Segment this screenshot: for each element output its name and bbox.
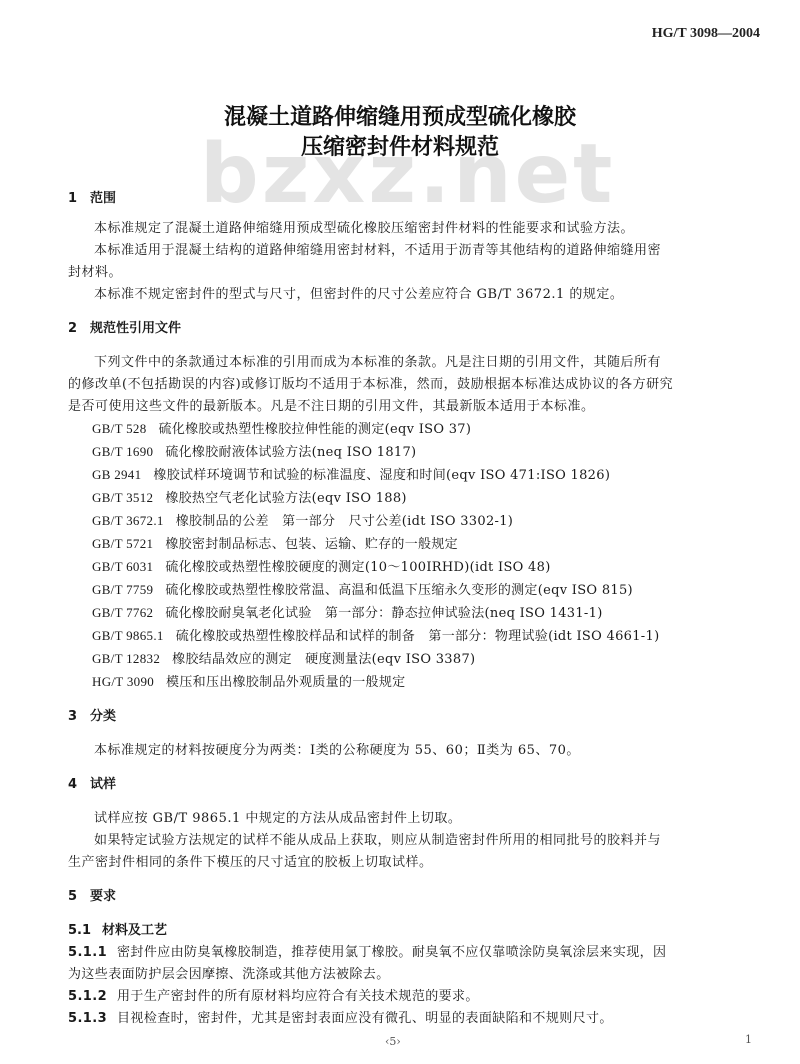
reference-item: GB/T 3672.1橡胶制品的公差 第一部分 尺寸公差(idt ISO 330…: [68, 510, 748, 533]
reference-title: 硫化橡胶或热塑性橡胶样品和试样的制备 第一部分：物理试验(idt ISO 466…: [176, 629, 660, 644]
reference-title: 橡胶结晶效应的测定 硬度测量法(eqv ISO 3387): [172, 652, 475, 667]
reference-item: HG/T 3090模压和压出橡胶制品外观质量的一般规定: [68, 671, 748, 694]
section-heading-specimens: 4试样: [68, 774, 748, 796]
paragraph: 本标准不规定密封件的型式与尺寸，但密封件的尺寸公差应符合 GB/T 3672.1…: [68, 284, 748, 306]
document-title-line1: 混凝土道路伸缩缝用预成型硫化橡胶: [0, 100, 800, 131]
reference-code: GB 2941: [92, 464, 141, 486]
paragraph: 本标准规定了混凝土道路伸缩缝用预成型硫化橡胶压缩密封件材料的性能要求和试验方法。: [68, 218, 748, 240]
paragraph: 本标准适用于混凝土结构的道路伸缩缝用密封材料，不适用于沥青等其他结构的道路伸缩缝…: [68, 240, 748, 262]
reference-code: GB/T 1690: [92, 441, 153, 463]
section-heading-requirements: 5要求: [68, 886, 748, 908]
reference-item: GB/T 1690硫化橡胶耐液体试验方法(neq ISO 1817): [68, 441, 748, 464]
reference-item: GB/T 5721橡胶密封制品标志、包装、运输、贮存的一般规定: [68, 533, 748, 556]
section-heading-normative-references: 2规范性引用文件: [68, 318, 748, 340]
reference-title: 橡胶制品的公差 第一部分 尺寸公差(idt ISO 3302-1): [176, 514, 513, 529]
reference-title: 硫化橡胶或热塑性橡胶拉伸性能的测定(eqv ISO 37): [159, 422, 472, 437]
document-title-line2: 压缩密封件材料规范: [0, 130, 800, 161]
paragraph: 的修改单(不包括勘误的内容)或修订版均不适用于本标准，然而，鼓励根据本标准达成协…: [68, 374, 748, 396]
reference-title: 硫化橡胶或热塑性橡胶硬度的测定(10～100IRHD)(idt ISO 48): [165, 560, 550, 575]
reference-item: GB/T 7762硫化橡胶耐臭氧老化试验 第一部分：静态拉伸试验法(neq IS…: [68, 602, 748, 625]
reference-item: GB/T 3512橡胶热空气老化试验方法(eqv ISO 188): [68, 487, 748, 510]
clause-5-1-3: 5.1.3目视检查时，密封件，尤其是密封表面应没有微孔、明显的表面缺陷和不规则尺…: [68, 1008, 748, 1030]
reference-code: GB/T 528: [92, 418, 147, 440]
page-number: ‹5›: [385, 1035, 401, 1048]
reference-code: GB/T 6031: [92, 556, 153, 578]
clause-5-1-1: 5.1.1密封件应由防臭氧橡胶制造，推荐使用氯丁橡胶。耐臭氧不应仅靠喷涂防臭氧涂…: [68, 942, 748, 964]
reference-item: GB/T 6031硫化橡胶或热塑性橡胶硬度的测定(10～100IRHD)(idt…: [68, 556, 748, 579]
corner-mark: 1: [745, 1033, 752, 1046]
reference-code: HG/T 3090: [92, 671, 154, 693]
reference-code: GB/T 3672.1: [92, 510, 164, 532]
reference-code: GB/T 5721: [92, 533, 153, 555]
paragraph: 本标准规定的材料按硬度分为两类：Ⅰ类的公称硬度为 55、60；Ⅱ类为 65、70…: [68, 740, 748, 762]
reference-item: GB/T 9865.1硫化橡胶或热塑性橡胶样品和试样的制备 第一部分：物理试验(…: [68, 625, 748, 648]
reference-code: GB/T 7759: [92, 579, 153, 601]
clause-5-1-1-continued: 为这些表面防护层会因摩擦、洗涤或其他方法被除去。: [68, 964, 748, 986]
reference-item: GB 2941橡胶试样环境调节和试验的标准温度、湿度和时间(eqv ISO 47…: [68, 464, 748, 487]
reference-code: GB/T 3512: [92, 487, 153, 509]
reference-title: 橡胶密封制品标志、包装、运输、贮存的一般规定: [165, 537, 458, 552]
standard-code: HG/T 3098—2004: [652, 26, 760, 42]
reference-title: 硫化橡胶耐液体试验方法(neq ISO 1817): [165, 445, 416, 460]
reference-title: 橡胶试样环境调节和试验的标准温度、湿度和时间(eqv ISO 471:ISO 1…: [153, 468, 610, 483]
paragraph: 生产密封件相同的条件下模压的尺寸适宜的胶板上切取试样。: [68, 852, 748, 874]
section-heading-classification: 3分类: [68, 706, 748, 728]
reference-list: GB/T 528硫化橡胶或热塑性橡胶拉伸性能的测定(eqv ISO 37)GB/…: [68, 418, 748, 694]
paragraph: 封材料。: [68, 262, 748, 284]
paragraph: 是否可使用这些文件的最新版本。凡是不注日期的引用文件，其最新版本适用于本标准。: [68, 396, 748, 418]
reference-item: GB/T 528硫化橡胶或热塑性橡胶拉伸性能的测定(eqv ISO 37): [68, 418, 748, 441]
section-heading-scope: 1范围: [68, 188, 748, 210]
reference-title: 硫化橡胶耐臭氧老化试验 第一部分：静态拉伸试验法(neq ISO 1431-1): [165, 606, 602, 621]
paragraph: 如果特定试验方法规定的试样不能从成品上获取，则应从制造密封件所用的相同批号的胶料…: [68, 830, 748, 852]
reference-title: 模压和压出橡胶制品外观质量的一般规定: [166, 675, 405, 690]
reference-code: GB/T 7762: [92, 602, 153, 624]
paragraph: 试样应按 GB/T 9865.1 中规定的方法从成品密封件上切取。: [68, 808, 748, 830]
reference-title: 橡胶热空气老化试验方法(eqv ISO 188): [165, 491, 406, 506]
paragraph: 下列文件中的条款通过本标准的引用而成为本标准的条款。凡是注日期的引用文件，其随后…: [68, 352, 748, 374]
reference-item: GB/T 7759硫化橡胶或热塑性橡胶常温、高温和低温下压缩永久变形的测定(eq…: [68, 579, 748, 602]
reference-title: 硫化橡胶或热塑性橡胶常温、高温和低温下压缩永久变形的测定(eqv ISO 815…: [165, 583, 633, 598]
reference-code: GB/T 9865.1: [92, 625, 164, 647]
document-body: 1范围 本标准规定了混凝土道路伸缩缝用预成型硫化橡胶压缩密封件材料的性能要求和试…: [68, 188, 748, 1030]
reference-item: GB/T 12832橡胶结晶效应的测定 硬度测量法(eqv ISO 3387): [68, 648, 748, 671]
clause-5-1-2: 5.1.2用于生产密封件的所有原材料均应符合有关技术规范的要求。: [68, 986, 748, 1008]
subsection-heading-materials: 5.1材料及工艺: [68, 920, 748, 942]
reference-code: GB/T 12832: [92, 648, 160, 670]
